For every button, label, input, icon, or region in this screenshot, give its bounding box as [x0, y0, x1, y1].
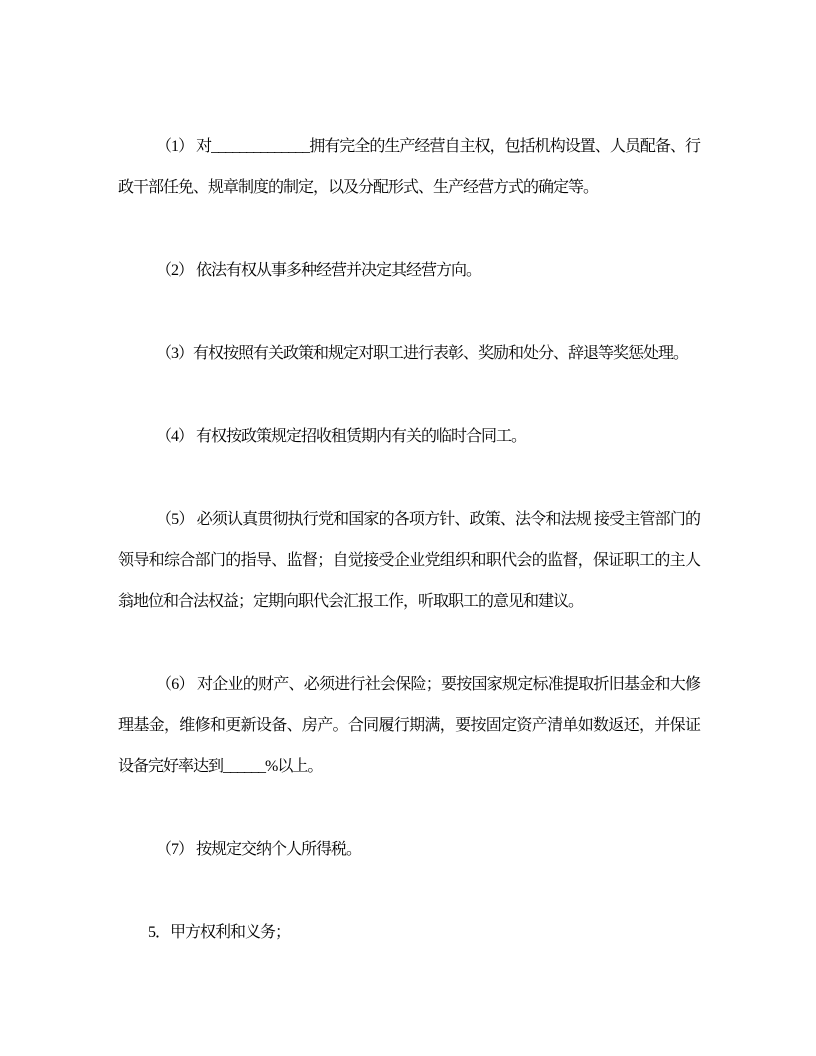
- paragraph-clause-7: （7） 按规定交纳个人所得税。: [118, 829, 700, 870]
- paragraph-clause-1: （1） 对______________拥有完全的生产经营自主权，包括机构设置、人…: [118, 126, 700, 208]
- paragraph-clause-2: （2） 依法有权从事多种经营并决定其经营方向。: [118, 250, 700, 291]
- paragraph-clause-3: （3）有权按照有关政策和规定对职工进行表彰、奖励和处分、辞退等奖惩处理。: [118, 333, 700, 374]
- paragraph-clause-6: （6） 对企业的财产、必须进行社会保险；要按国家规定标准提取折旧基金和大修理基金…: [118, 664, 700, 787]
- document-page: （1） 对______________拥有完全的生产经营自主权，包括机构设置、人…: [0, 0, 816, 1056]
- paragraph-clause-4: （4） 有权按政策规定招收租赁期内有关的临时合同工。: [118, 416, 700, 457]
- paragraph-clause-5: （5） 必须认真贯彻执行党和国家的各项方针、政策、法令和法规 接受主管部门的领导…: [118, 499, 700, 622]
- document-content: （1） 对______________拥有完全的生产经营自主权，包括机构设置、人…: [118, 126, 700, 995]
- list-item-section-5: 5．甲方权利和义务；: [118, 912, 700, 953]
